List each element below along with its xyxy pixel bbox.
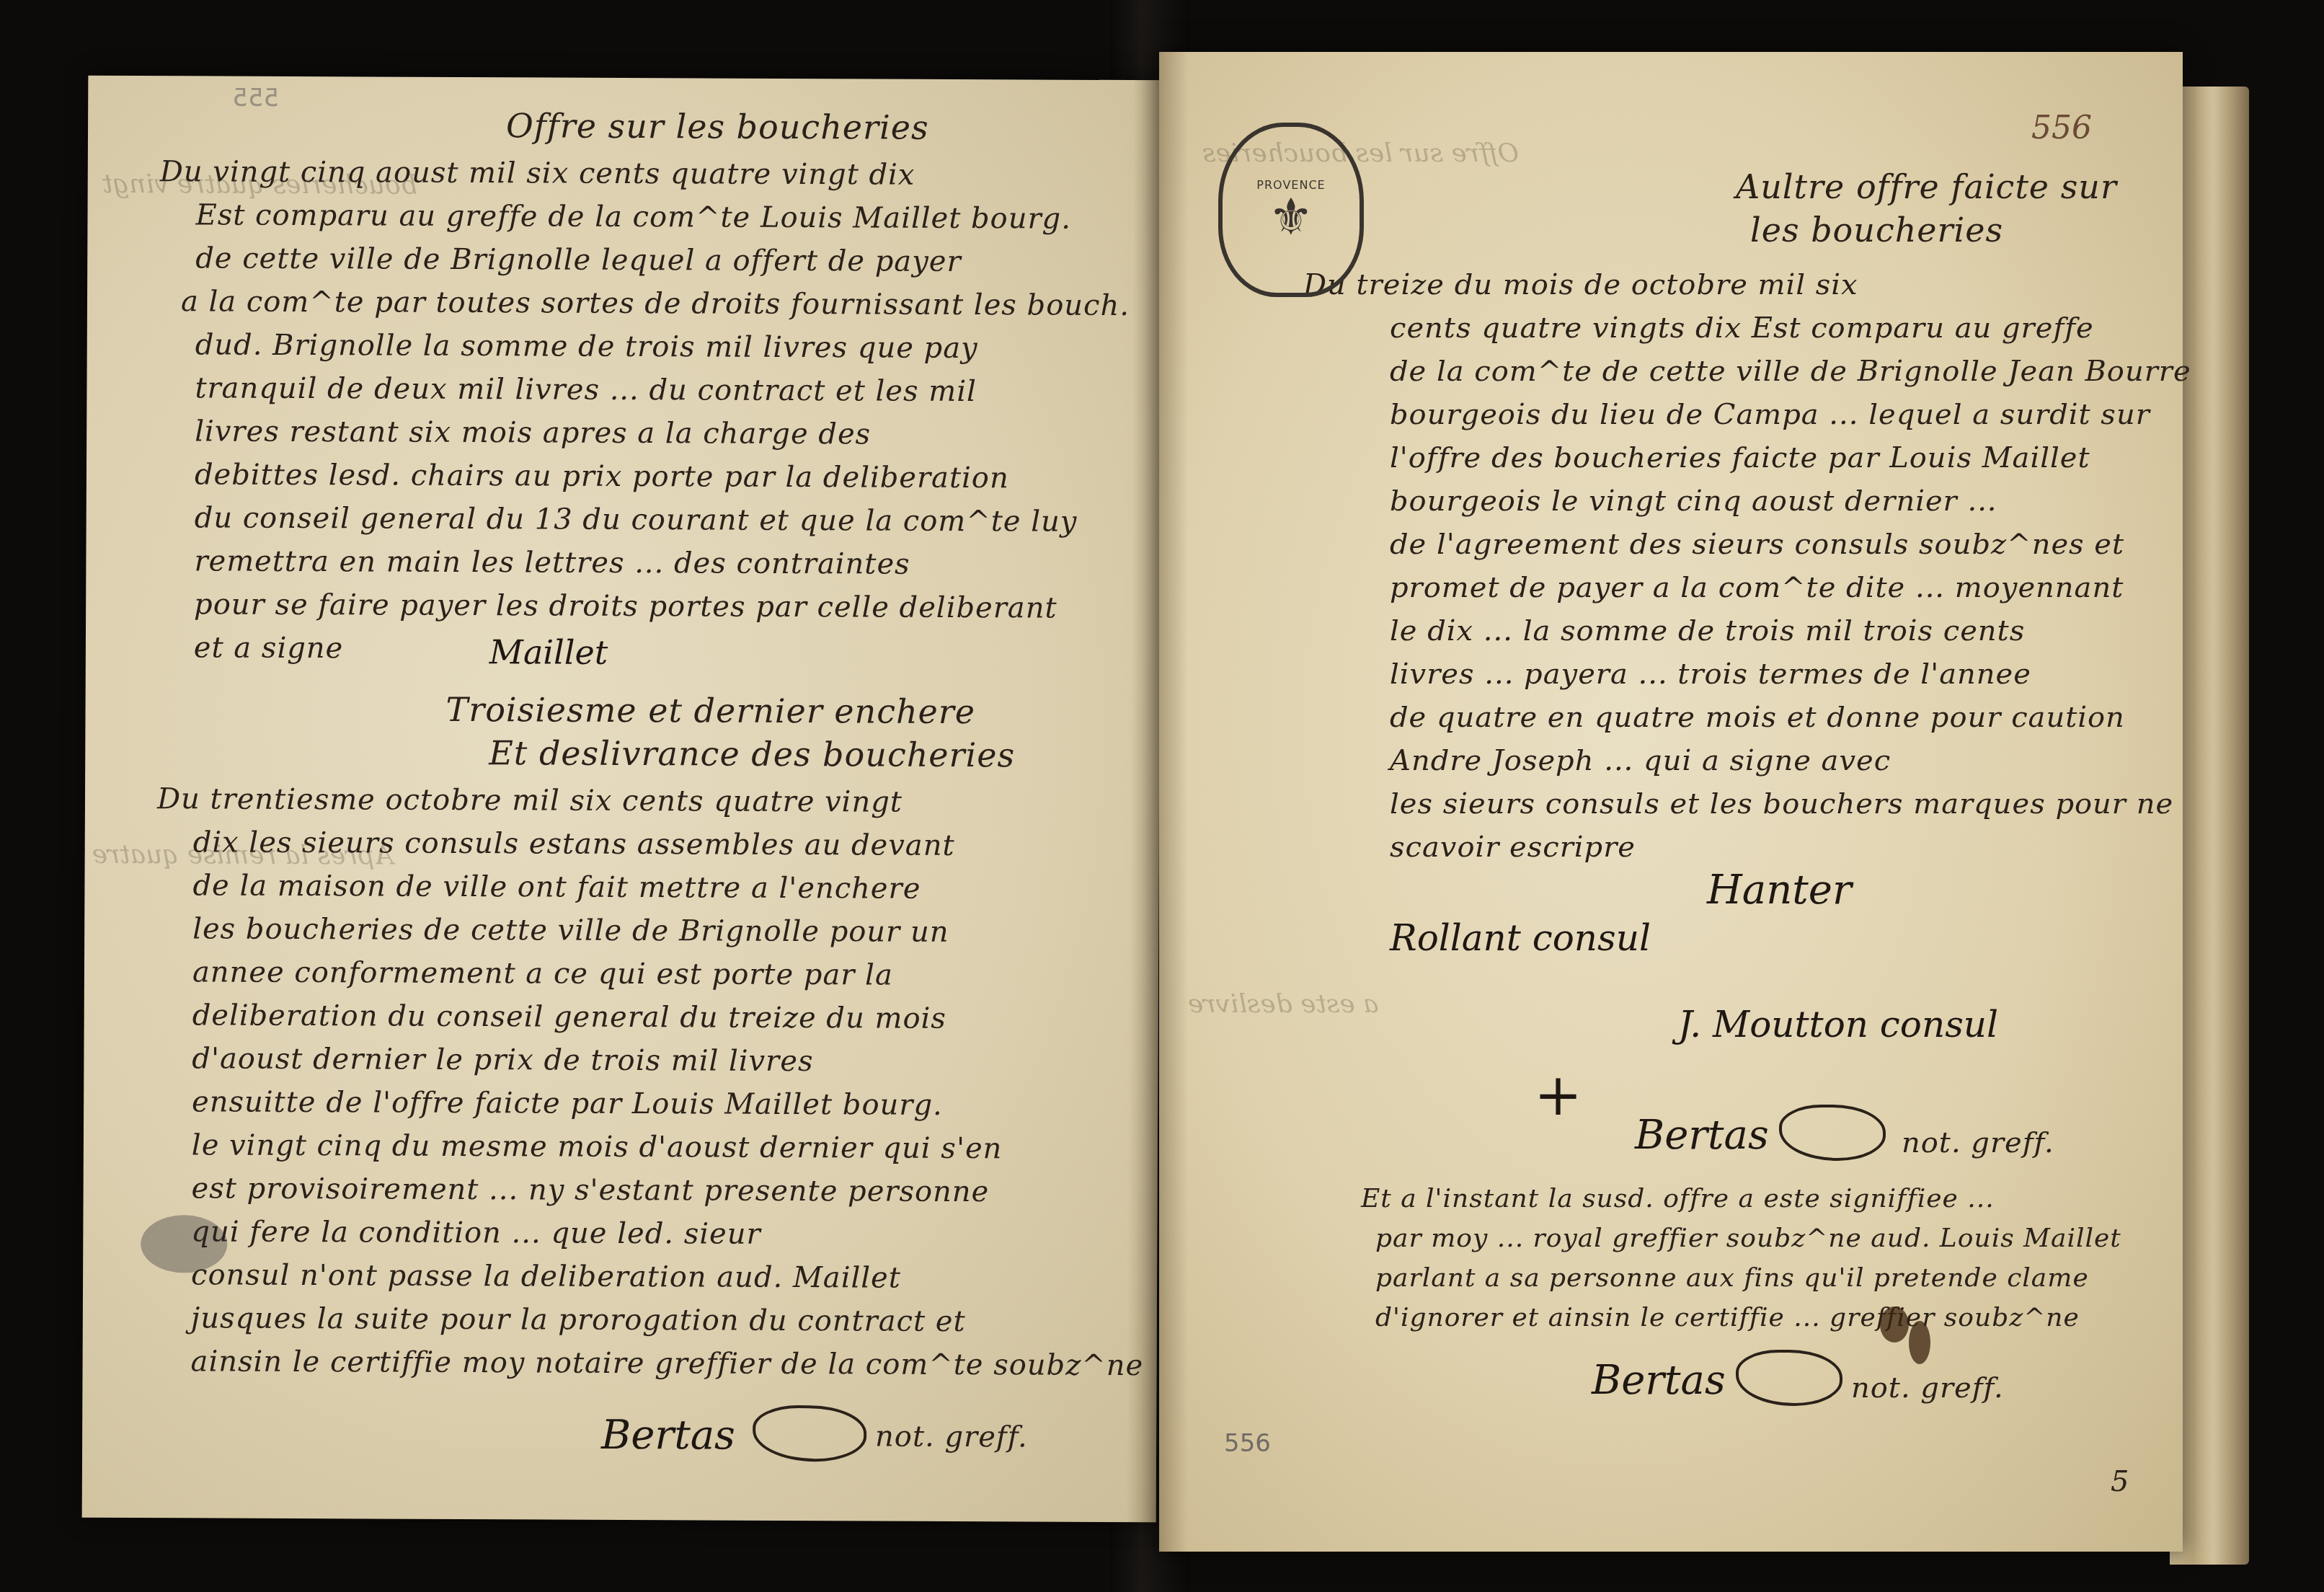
text-line: scavoir escripre — [1390, 831, 1636, 864]
signature-moutton: J. Moutton consul — [1678, 1004, 1998, 1045]
text-line: deliberation du conseil general du treiz… — [192, 999, 946, 1035]
left-folio-bleedthrough: 555 — [232, 84, 279, 112]
left-heading-2-line-2: Et deslivrance des boucheries — [489, 733, 1015, 774]
signature-hanter: Hanter — [1707, 867, 1852, 914]
text-line: de l'agreement des sieurs consuls soubz^… — [1390, 528, 2124, 561]
right-heading-line-2: les boucheries — [1750, 211, 2003, 249]
text-line: dud. Brignolle la somme de trois mil liv… — [195, 328, 978, 365]
notice-line: d'ignorer et ainsin le certiffie ... gre… — [1375, 1303, 2080, 1332]
right-page-gutter — [1159, 52, 1188, 1552]
text-line: jusques la suite pour la prorogation du … — [191, 1301, 966, 1338]
text-line: cents quatre vingts dix Est comparu au g… — [1390, 311, 2094, 345]
text-line: est provisoirement ... ny s'estant prese… — [192, 1172, 990, 1208]
text-line: remettra en main les lettres ... des con… — [194, 544, 910, 580]
fleur-de-lis-icon: ⚜ — [1269, 192, 1314, 242]
text-line: Du treize du mois de octobre mil six — [1303, 268, 1858, 301]
text-line: Du trentiesme octobre mil six cents quat… — [157, 782, 902, 819]
bleedthrough-text: a este deslivre — [1188, 989, 1379, 1019]
cross-mark: + — [1534, 1061, 1582, 1128]
signature-suffix: not. greff. — [875, 1420, 1028, 1454]
signature-flourish — [1779, 1105, 1886, 1161]
signature-bertas-final: Bertas — [1592, 1357, 1726, 1404]
corner-mark: 5 — [2111, 1465, 2129, 1498]
signature-bertas: Bertas — [1635, 1112, 1769, 1159]
signature-suffix: not. greff. — [1902, 1126, 2054, 1159]
text-line: annee conformement a ce qui est porte pa… — [192, 955, 893, 991]
text-line: de quatre en quatre mois et donne pour c… — [1390, 701, 2125, 734]
notice-line: par moy ... royal greffier soubz^ne aud.… — [1375, 1224, 2121, 1253]
text-line: promet de payer a la com^te dite ... moy… — [1390, 571, 2124, 604]
text-line: le vingt cinq du mesme mois d'aoust dern… — [192, 1128, 1003, 1165]
text-line: qui fere la condition ... que led. sieur — [191, 1215, 760, 1250]
text-line: de cette ville de Brignolle lequel a off… — [195, 242, 962, 278]
text-line: consul n'ont passe la deliberation aud. … — [191, 1258, 901, 1294]
text-line: du conseil general du 13 du courant et q… — [195, 501, 1078, 538]
folio-number: 556 — [2031, 110, 2092, 146]
text-line: tranquil de deux mil livres ... du contr… — [195, 371, 977, 408]
text-line: bourgeois du lieu de Campa ... lequel a … — [1390, 398, 2150, 431]
text-line: Du vingt cinq aoust mil six cents quatre… — [160, 155, 915, 192]
text-line: ensuitte de l'offre faicte par Louis Mai… — [192, 1085, 943, 1122]
pencil-folio: 556 — [1224, 1429, 1271, 1458]
text-line: Andre Joseph ... qui a signe avec — [1390, 744, 1891, 777]
signature-rollant: Rollant consul — [1390, 917, 1651, 959]
signature-bertas: Bertas — [601, 1412, 735, 1459]
text-line: de la com^te de cette ville de Brignolle… — [1390, 355, 2191, 388]
left-heading: Offre sur les boucheries — [506, 106, 929, 147]
text-line: pour se faire payer les droits portes pa… — [194, 588, 1057, 624]
provence-tax-stamp: PROVENCE ⚜ — [1218, 123, 1364, 297]
signature-flourish — [753, 1405, 866, 1462]
text-line: a la com^te par toutes sortes de droits … — [181, 285, 1130, 322]
text-line: de la maison de ville ont fait mettre a … — [192, 869, 921, 905]
text-line: les sieurs consuls et les bouchers marqu… — [1390, 787, 2173, 821]
text-line: le dix ... la somme de trois mil trois c… — [1390, 614, 2025, 647]
text-line: bourgeois le vingt cinq aoust dernier ..… — [1390, 485, 1997, 518]
signature-maillet: Maillet — [489, 632, 608, 672]
right-heading-line-1: Aultre offre faicte sur — [1736, 167, 2117, 206]
text-line: les boucheries de cette ville de Brignol… — [192, 912, 949, 949]
left-heading-2-line-1: Troisiesme et dernier enchere — [445, 690, 975, 731]
notice-line: parlant a sa personne aux fins qu'il pre… — [1375, 1263, 2089, 1293]
left-page: 555 boucheries quatre vingt Apres la rem… — [82, 76, 1163, 1522]
ink-blot — [1909, 1321, 1930, 1364]
text-line: et a signe — [194, 631, 344, 665]
text-line: l'offre des boucheries faicte par Louis … — [1390, 441, 2090, 474]
text-line: livres ... payera ... trois termes de l'… — [1390, 658, 2031, 691]
signature-suffix: not. greff. — [1851, 1371, 2004, 1405]
ink-smudge — [141, 1215, 227, 1273]
text-line: Est comparu au greffe de la com^te Louis… — [195, 198, 1071, 235]
text-line: d'aoust dernier le prix de trois mil liv… — [192, 1042, 813, 1078]
text-line: debittes lesd. chairs au prix porte par … — [195, 458, 1009, 495]
text-line: ainsin le certiffie moy notaire greffier… — [190, 1345, 1143, 1382]
ink-blot — [1880, 1306, 1909, 1343]
signature-flourish — [1736, 1350, 1842, 1406]
text-line: livres restant six mois apres a la charg… — [195, 415, 871, 451]
text-line: dix les sieurs consuls estans assembles … — [193, 826, 955, 862]
notice-line: Et a l'instant la susd. offre a este sig… — [1361, 1184, 1995, 1213]
